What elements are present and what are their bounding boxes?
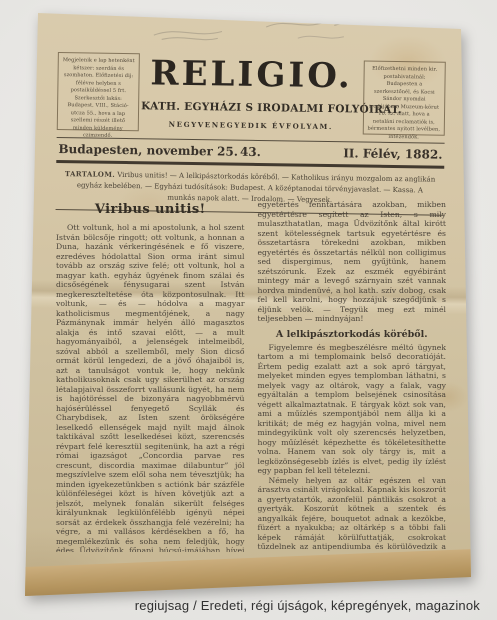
newspaper-subtitle: KATH. EGYHÁZI S IRODALMI FOLYÓIRAT.: [141, 100, 361, 115]
subscription-info-box: Előfizethetni minden kir. postahivatalná…: [363, 61, 446, 136]
article1-heading: Viribus unitis!: [56, 202, 245, 217]
article2-paragraph-2: Némely helyen az oltár egészen el van ár…: [258, 476, 447, 553]
article2-heading: A lelkipásztorkodás köréből.: [258, 329, 447, 340]
article-columns: Viribus unitis! Ott voltunk, hol a mi ap…: [56, 200, 446, 552]
column-left: Viribus unitis! Ott voltunk, hol a mi ap…: [56, 200, 245, 552]
contents-label: TARTALOM.: [65, 169, 115, 179]
photo-background: Megjelenik e lap hetenként kétszer: szer…: [0, 0, 497, 620]
column-right: egyetértés fenntartására azokban, mikben…: [258, 200, 447, 552]
photo-caption: regiujsag / Eredeti, régi újságok, képre…: [135, 598, 480, 613]
article2-paragraph-1: Figyelemre és megbeszélésre méltó ügynek…: [258, 343, 447, 476]
masthead-row: Megjelenik e lap hetenként kétszer: szer…: [57, 46, 446, 136]
masthead-center: RELIGIO. KATH. EGYHÁZI S IRODALMI FOLYÓI…: [139, 47, 364, 131]
volume-line: NEGYVENEGYEDIK ÉVFOLYAM.: [141, 119, 361, 131]
article1-continuation: egyetértés fenntartására azokban, mikben…: [258, 200, 447, 324]
publishing-info-box: Megjelenik e lap hetenként kétszer: szer…: [57, 52, 140, 131]
article1-body: Ott voltunk, hol a mi apostolunk, a hol …: [56, 223, 245, 552]
dateline-issue-number: 43.: [240, 145, 261, 159]
dateline-half-year: II. Félév, 1882.: [261, 145, 443, 162]
dateline-place: Budapesten, november 25.: [58, 142, 240, 159]
newspaper-title: RELIGIO.: [141, 53, 362, 96]
newspaper-sheet-shadow: Megjelenik e lap hetenként kétszer: szer…: [0, 0, 497, 620]
newspaper-sheet: Megjelenik e lap hetenként kétszer: szer…: [0, 0, 497, 620]
masthead: Megjelenik e lap hetenként kétszer: szer…: [56, 46, 446, 215]
